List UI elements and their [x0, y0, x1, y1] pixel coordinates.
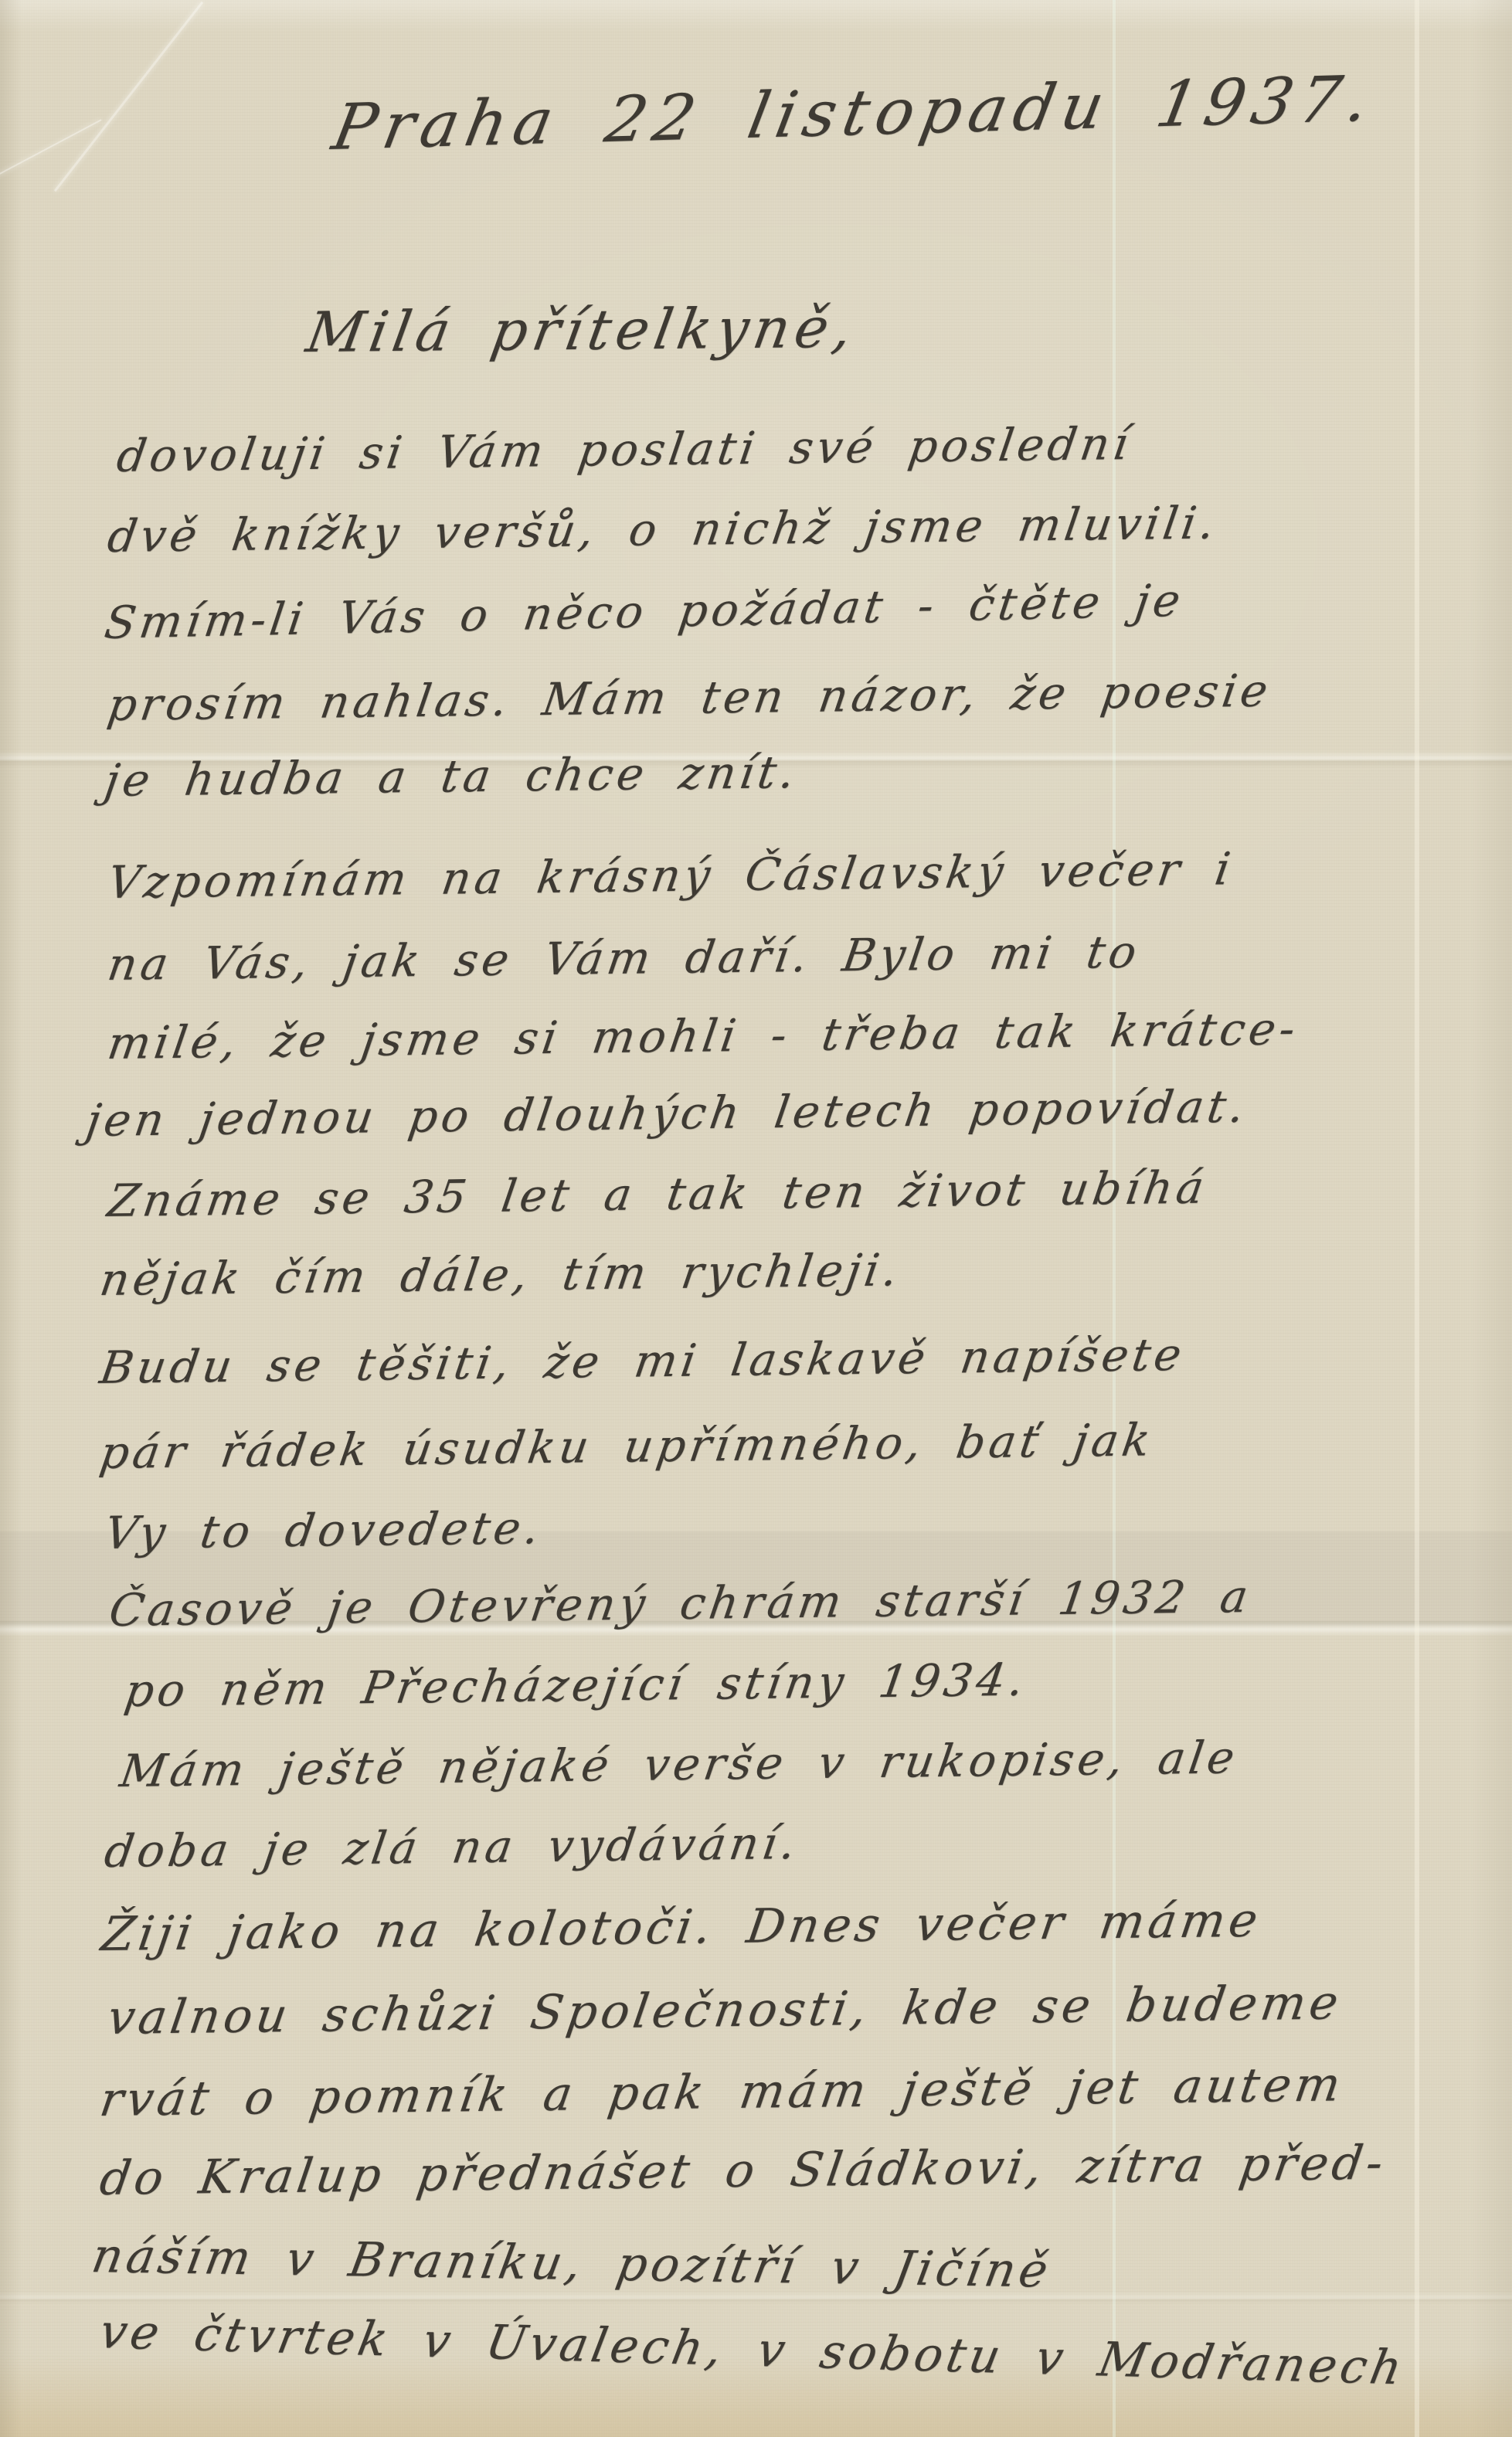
handwritten-line: do Kralup přednášet o Sládkovi, zítra př…: [97, 2136, 1391, 2206]
handwritten-line: Vy to dovedete.: [101, 1501, 546, 1559]
handwritten-line: rvát o pomník a pak mám ještě jet autem: [97, 2057, 1347, 2127]
handwritten-line: Vzpomínám na krásný Čáslavský večer i: [104, 842, 1238, 909]
handwritten-line: pár řádek úsudku upřímného, bať jak: [97, 1413, 1157, 1479]
paper-left-edge-shading: [0, 0, 22, 2437]
handwritten-line: Časově je Otevřený chrám starší 1932 a: [106, 1570, 1255, 1637]
handwritten-line: po něm Přecházející stíny 1934.: [121, 1654, 1031, 1717]
paper-right-edge-shading: [1470, 0, 1512, 2437]
handwritten-line: je hudba a ta chce znít.: [101, 746, 802, 807]
handwritten-line: ve čtvrtek v Úvalech, v sobotu v Modřane…: [95, 2304, 1409, 2395]
handwritten-line: Smím-li Vás o něco požádat - čtěte je: [101, 574, 1187, 649]
handwritten-line: Mám ještě nějaké verše v rukopise, ale: [117, 1731, 1242, 1797]
handwritten-line: nějak čím dále, tím rychleji.: [97, 1243, 905, 1306]
handwritten-line: jen jednou po dlouhých letech popovídat.: [83, 1080, 1252, 1147]
corner-crease: [54, 2, 203, 192]
paper-top-edge-highlight: [0, 0, 1512, 32]
handwritten-line: doba je zlá na vydávání.: [101, 1817, 803, 1878]
handwritten-line: valnou schůzi Společnosti, kde se budeme: [104, 1976, 1346, 2045]
handwritten-line: dvě knížky veršů, o nichž jsme mluvili.: [104, 496, 1221, 563]
handwritten-line: milé, že jsme si mohli - třeba tak krátc…: [104, 1002, 1303, 1069]
handwritten-line: na Vás, jak se Vám daří. Bylo mi to: [104, 926, 1143, 991]
handwritten-line: Žiji jako na kolotoči. Dnes večer máme: [98, 1893, 1265, 1962]
scanner-streak: [1415, 0, 1419, 2437]
letter-page: Praha 22 listopadu 1937. Milá přítelkyně…: [0, 0, 1512, 2437]
handwritten-line: dovoluji si Vám poslati své poslední: [114, 417, 1136, 482]
corner-crease: [0, 119, 102, 182]
handwritten-line: Budu se těšiti, že mi laskavě napíšete: [97, 1328, 1188, 1394]
handwritten-line: náším v Braníku, pozítří v Jičíně: [88, 2228, 1056, 2299]
salutation: Milá přítelkyně,: [302, 295, 862, 365]
handwritten-line: Známe se 35 let a tak ten život ubíhá: [104, 1161, 1211, 1227]
handwritten-line: prosím nahlas. Mám ten názor, že poesie: [104, 664, 1275, 731]
dateline: Praha 22 listopadu 1937.: [327, 63, 1381, 165]
